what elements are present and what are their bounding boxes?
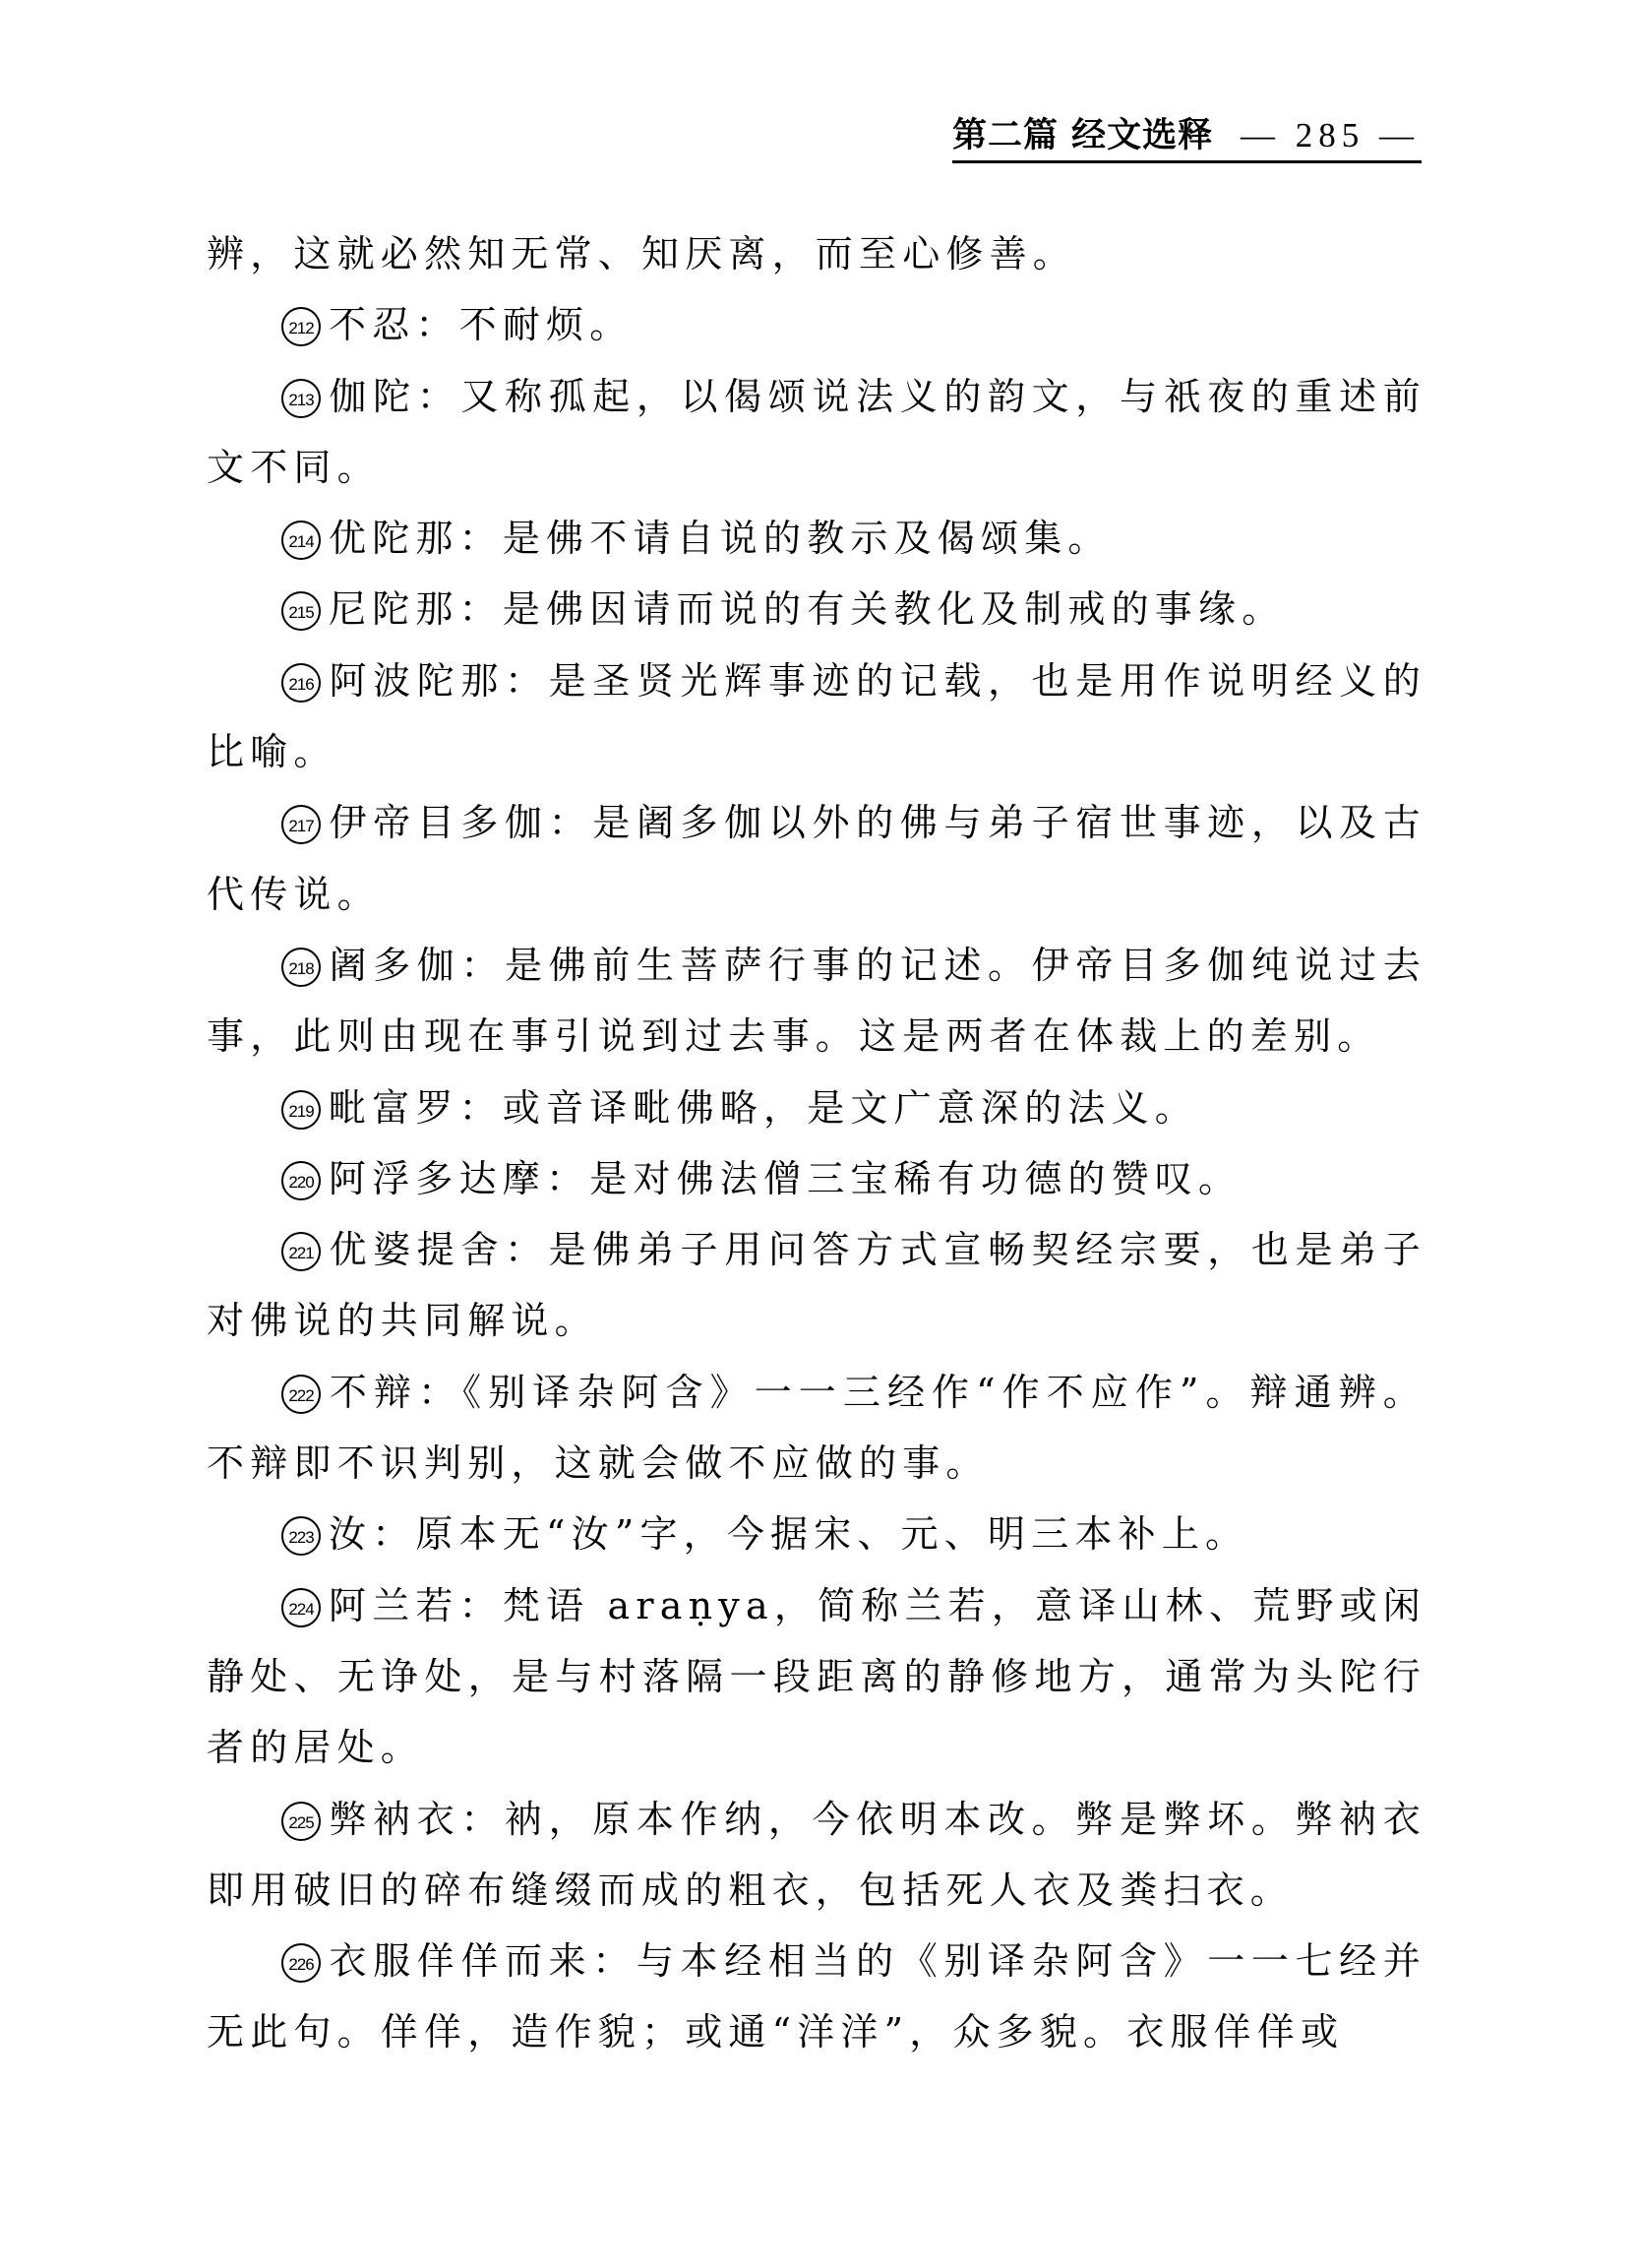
circled-number-marker: 215 xyxy=(281,591,321,631)
note-text: 优婆提舍：是佛弟子用问答方式宣畅契经宗要，也是弟子对佛说的共同解说。 xyxy=(207,1228,1426,1342)
note-212: 212不忍：不耐烦。 xyxy=(207,289,1426,360)
circled-number-marker: 214 xyxy=(281,521,321,560)
page-number: — 285 — xyxy=(1241,116,1420,155)
note-text: 阿兰若：梵语 araṇya，简称兰若，意译山林、荒野或闲静处、无诤处，是与村落隔… xyxy=(207,1584,1426,1770)
circled-number-marker: 220 xyxy=(281,1161,321,1200)
note-223: 223汝：原本无“汝”字，今据宋、元、明三本补上。 xyxy=(207,1499,1426,1569)
note-214: 214优陀那：是佛不请自说的教示及偈颂集。 xyxy=(207,503,1426,574)
circled-number-marker: 221 xyxy=(281,1232,321,1271)
note-226: 226衣服佯佯而来：与本经相当的《别译杂阿含》一一七经并无此句。佯佯，造作貌；或… xyxy=(207,1926,1426,2068)
note-text: 优陀那：是佛不请自说的教示及偈颂集。 xyxy=(329,517,1112,560)
note-continuation: 辨，这就必然知无常、知厌离，而至心修善。 xyxy=(207,218,1426,289)
note-text: 阿波陀那：是圣贤光辉事迹的记载，也是用作说明经义的比喻。 xyxy=(207,659,1426,773)
note-text: 阇多伽：是佛前生菩萨行事的记述。伊帝目多伽纯说过去事，此则由现在事引说到过去事。… xyxy=(207,944,1426,1058)
note-215: 215尼陀那：是佛因请而说的有关教化及制戒的事缘。 xyxy=(207,574,1426,644)
note-218: 218阇多伽：是佛前生菩萨行事的记述。伊帝目多伽纯说过去事，此则由现在事引说到过… xyxy=(207,930,1426,1073)
note-217: 217伊帝目多伽：是阇多伽以外的佛与弟子宿世事迹，以及古代传说。 xyxy=(207,787,1426,930)
circled-number-marker: 218 xyxy=(281,948,321,987)
note-text: 辨，这就必然知无常、知厌离，而至心修善。 xyxy=(207,232,1076,276)
note-213: 213伽陀：又称孤起，以偈颂说法义的韵文，与祇夜的重述前文不同。 xyxy=(207,361,1426,504)
note-text: 伽陀：又称孤起，以偈颂说法义的韵文，与祇夜的重述前文不同。 xyxy=(207,375,1426,489)
note-text: 弊衲衣：衲，原本作纳，今依明本改。弊是弊坏。弊衲衣即用破旧的碎布缝缀而成的粗衣，… xyxy=(207,1798,1426,1912)
note-219: 219毗富罗：或音译毗佛略，是文广意深的法义。 xyxy=(207,1073,1426,1143)
circled-number-marker: 224 xyxy=(281,1588,321,1627)
note-text: 尼陀那：是佛因请而说的有关教化及制戒的事缘。 xyxy=(329,587,1285,631)
note-text: 阿浮多达摩：是对佛法僧三宝稀有功德的赞叹。 xyxy=(329,1157,1242,1200)
note-text: 毗富罗：或音译毗佛略，是文广意深的法义。 xyxy=(329,1086,1198,1130)
section-title: 第二篇 经文选释 xyxy=(952,115,1213,155)
notes-body: 辨，这就必然知无常、知厌离，而至心修善。 212不忍：不耐烦。 213伽陀：又称… xyxy=(207,218,1426,2068)
circled-number-marker: 217 xyxy=(281,805,321,844)
note-text: 不辩：《别译杂阿含》一一三经作“作不应作”。辩通辨。不辩即不识判别，这就会做不应… xyxy=(207,1371,1426,1485)
note-text: 伊帝目多伽：是阇多伽以外的佛与弟子宿世事迹，以及古代传说。 xyxy=(207,801,1426,915)
circled-number-marker: 222 xyxy=(281,1375,321,1414)
circled-number-marker: 226 xyxy=(281,1943,321,1983)
circled-number-marker: 225 xyxy=(281,1802,321,1841)
header-rule xyxy=(952,160,1422,163)
note-216: 216阿波陀那：是圣贤光辉事迹的记载，也是用作说明经义的比喻。 xyxy=(207,645,1426,788)
note-221: 221优婆提舍：是佛弟子用问答方式宣畅契经宗要，也是弟子对佛说的共同解说。 xyxy=(207,1214,1426,1357)
book-page: 第二篇 经文选释 — 285 — 辨，这就必然知无常、知厌离，而至心修善。 21… xyxy=(0,0,1637,2268)
note-text: 汝：原本无“汝”字，今据宋、元、明三本补上。 xyxy=(329,1512,1248,1556)
circled-number-marker: 213 xyxy=(281,379,321,418)
note-220: 220阿浮多达摩：是对佛法僧三宝稀有功德的赞叹。 xyxy=(207,1143,1426,1214)
note-225: 225弊衲衣：衲，原本作纳，今依明本改。弊是弊坏。弊衲衣即用破旧的碎布缝缀而成的… xyxy=(207,1784,1426,1927)
circled-number-marker: 216 xyxy=(281,663,321,703)
note-text: 衣服佯佯而来：与本经相当的《别译杂阿含》一一七经并无此句。佯佯，造作貌；或通“洋… xyxy=(207,1939,1426,2053)
circled-number-marker: 223 xyxy=(281,1516,321,1556)
note-text: 不忍：不耐烦。 xyxy=(329,303,633,346)
note-222: 222不辩：《别译杂阿含》一一三经作“作不应作”。辩通辨。不辩即不识判别，这就会… xyxy=(207,1357,1426,1500)
circled-number-marker: 212 xyxy=(281,307,321,346)
circled-number-marker: 219 xyxy=(281,1090,321,1130)
note-224: 224阿兰若：梵语 araṇya，简称兰若，意译山林、荒野或闲静处、无诤处，是与… xyxy=(207,1570,1426,1784)
